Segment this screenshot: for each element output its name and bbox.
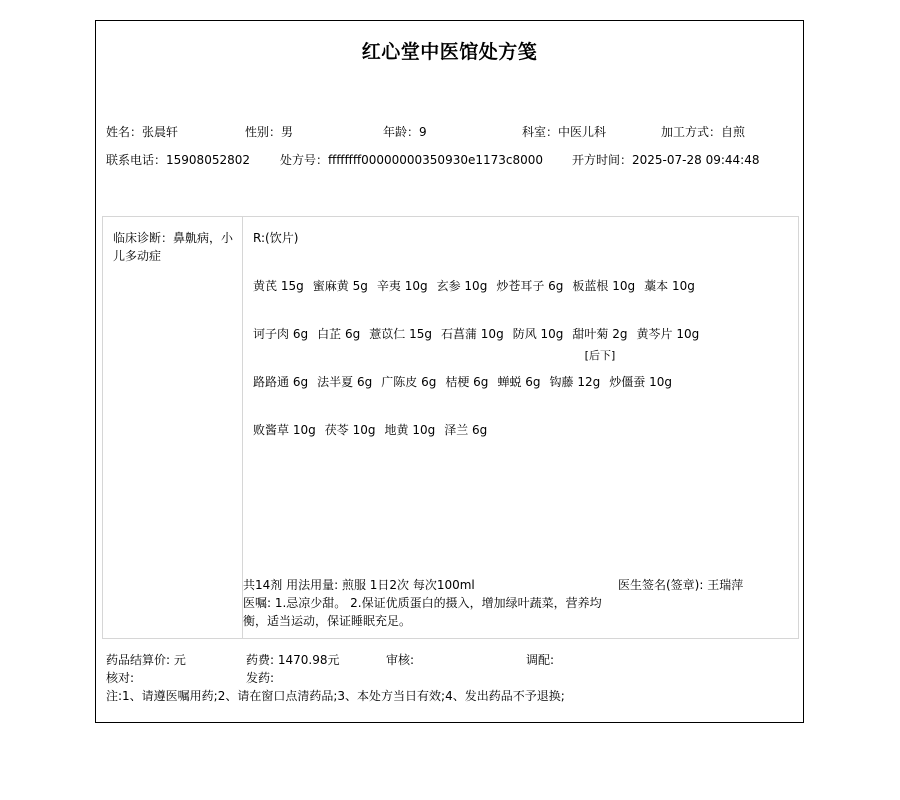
herb-item: 白芷 6g [317, 325, 360, 342]
notice-text: 注:1、请遵医嘱用药;2、请在窗口点清药品;3、本处方当日有效;4、发出药品不予… [106, 687, 565, 704]
rx-label: R:(饮片) [253, 229, 298, 246]
herb-item: 败酱草 10g [253, 421, 316, 438]
herb-item: 地黄 10g [384, 421, 435, 438]
herb-item: 路路通 6g [253, 373, 308, 390]
herb-row-2: 诃子肉 6g 白芷 6g 薏苡仁 15g 石菖蒲 10g 防风 10g 甜叶菊 … [253, 325, 699, 342]
patient-age: 年龄：9 [383, 123, 427, 140]
herb-item: 藁本 10g [644, 277, 695, 294]
herb-item: 诃子肉 6g [253, 325, 308, 342]
herb-item: 茯苓 10g [325, 421, 376, 438]
herb-row-3: 路路通 6g 法半夏 6g 广陈皮 6g 桔梗 6g 蝉蜕 6g 钩藤 12g … [253, 373, 672, 390]
prescription-number: 处方号：ffffffff00000000350930e1173c8000 [280, 151, 543, 168]
settlement-price: 药品结算价: 元 [106, 651, 186, 668]
prescription-table: 临床诊断：鼻鼽病，小儿多动症 R:(饮片) 黄芪 15g 蜜麻黄 5g 辛夷 1… [102, 216, 799, 639]
herb-item: 炒苍耳子 6g [496, 277, 563, 294]
issue-field: 发药: [246, 669, 274, 686]
herb-item: 石菖蒲 10g [441, 325, 504, 342]
doctor-signature: 医生签名(签章): 王瑞萍 [618, 576, 743, 593]
herb-item: 黄芪 15g [253, 277, 304, 294]
patient-gender: 性别：男 [245, 123, 293, 140]
processing-method: 加工方式：自煎 [661, 123, 745, 140]
department: 科室：中医儿科 [522, 123, 606, 140]
herb-item: 玄参 10g [437, 277, 488, 294]
herb-item: 泽兰 6g [444, 421, 487, 438]
prescription-sheet: 红心堂中医馆处方笺 姓名：张晨轩 性别：男 年龄：9 科室：中医儿科 加工方式：… [95, 20, 804, 723]
herb-item: 辛夷 10g [377, 277, 428, 294]
herb-item: 甜叶菊 2g[后下] [572, 325, 627, 342]
herb-item: 蝉蜕 6g [497, 373, 540, 390]
clinical-diagnosis: 临床诊断：鼻鼽病，小儿多动症 [113, 229, 235, 265]
column-divider [242, 217, 243, 638]
herb-row-4: 败酱草 10g 茯苓 10g 地黄 10g 泽兰 6g [253, 421, 487, 438]
drug-fee: 药费: 1470.98元 [246, 651, 339, 668]
usage-dosage: 共14剂 用法用量: 煎服 1日2次 每次100ml [243, 576, 475, 594]
check-field: 核对: [106, 669, 134, 686]
prescription-time: 开方时间：2025-07-28 09:44:48 [572, 151, 759, 168]
herb-item: 薏苡仁 15g [369, 325, 432, 342]
herb-item: 黄芩片 10g [637, 325, 700, 342]
herb-row-1: 黄芪 15g 蜜麻黄 5g 辛夷 10g 玄参 10g 炒苍耳子 6g 板蓝根 … [253, 277, 695, 294]
review-field: 审核: [386, 651, 414, 668]
herb-item: 炒僵蚕 10g [609, 373, 672, 390]
herb-item: 桔梗 6g [445, 373, 488, 390]
herb-item: 法半夏 6g [317, 373, 372, 390]
decoction-note: [后下] [585, 347, 616, 363]
page-title: 红心堂中医馆处方笺 [96, 37, 803, 64]
herb-item: 蜜麻黄 5g [313, 277, 368, 294]
herb-item: 板蓝根 10g [572, 277, 635, 294]
medical-advice: 医嘱: 1.忌凉少甜。 2.保证优质蛋白的摄入，增加绿叶蔬菜，营养均衡，适当运动… [243, 594, 623, 630]
herb-item: 广陈皮 6g [381, 373, 436, 390]
patient-name: 姓名：张晨轩 [106, 123, 178, 140]
herb-item: 钩藤 12g [550, 373, 601, 390]
herb-item: 防风 10g [513, 325, 564, 342]
contact-phone: 联系电话：15908052802 [106, 151, 250, 168]
dispense-prep-field: 调配: [526, 651, 554, 668]
